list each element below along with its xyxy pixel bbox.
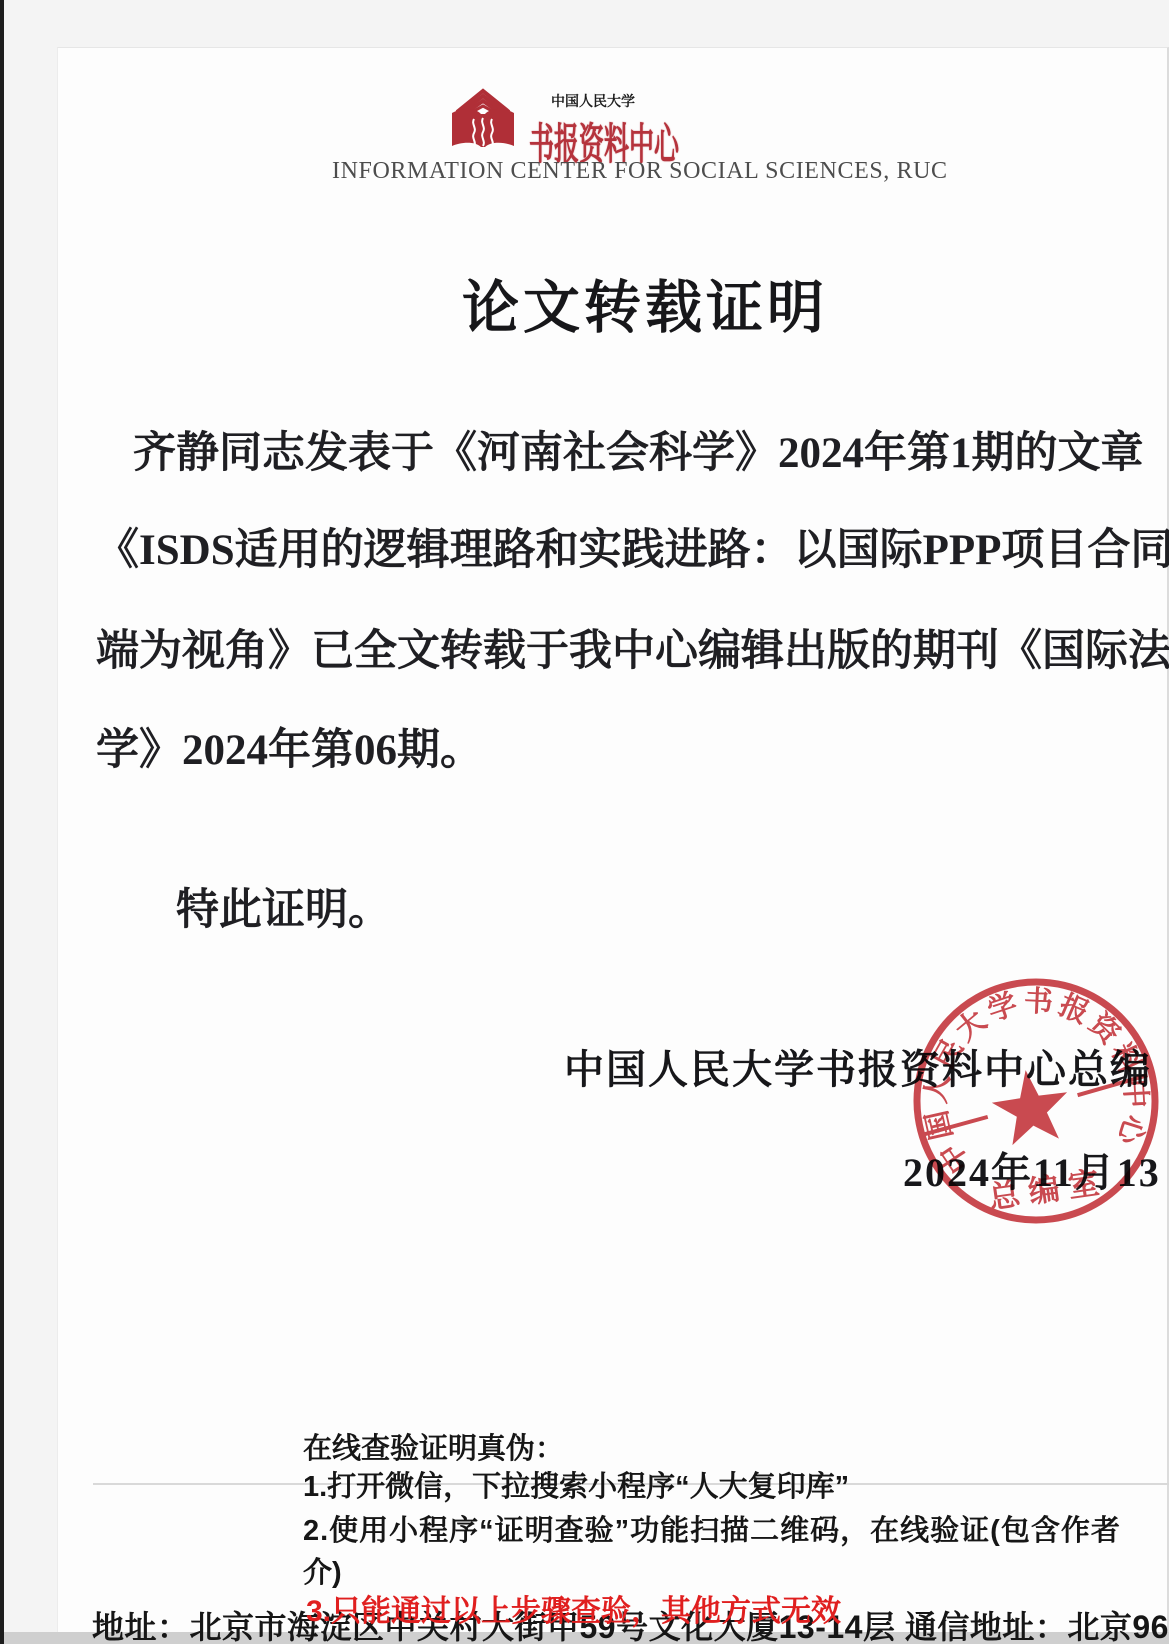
- org-name-en: INFORMATION CENTER FOR SOCIAL SCIENCES, …: [332, 158, 948, 185]
- svg-text:中国人民大学书报资料中心: 中国人民大学书报资料中心: [904, 969, 1161, 1182]
- body-line-1: 齐静同志发表于《河南社会科学》2024年第1期的文章: [133, 419, 1144, 480]
- scanned-certificate-screenshot: 中国人民大学 书报资料中心 INFORMATION CENTER FOR SOC…: [0, 0, 1169, 1644]
- body-line-2: 《ISDS适用的逻辑理路和实践进路：以国际PPP项目合同争: [96, 516, 1169, 577]
- verify-step-1: 1.打开微信，下拉搜索小程序“人大复印库”: [303, 1464, 849, 1505]
- body-line-4: 学》2024年第06期。: [96, 716, 483, 777]
- seal-ring-text: 中国人民大学书报资料中心: [904, 969, 1161, 1182]
- official-seal-stamp: 中国人民大学书报资料中心 总编室: [886, 951, 1169, 1251]
- verify-title: 在线查验证明真伪：: [303, 1426, 564, 1467]
- verify-step-3-warning: 3.只能通过以上步骤查验，其他方式无效: [306, 1586, 841, 1630]
- book-logo-icon: [448, 85, 518, 151]
- closing-line: 特此证明。: [176, 876, 391, 937]
- seal-star-icon: [988, 1065, 1073, 1147]
- org-name-cn: 中国人民大学: [551, 91, 635, 111]
- verify-step-2-continued: 介): [303, 1550, 342, 1591]
- left-dark-edge: [0, 0, 4, 1644]
- verify-step-2: 2.使用小程序“证明查验”功能扫描二维码，在线验证(包含作者: [303, 1508, 1121, 1549]
- body-line-3: 端为视角》已全文转载于我中心编辑出版的期刊《国际法: [96, 617, 1169, 678]
- document-title: 论文转载证明: [462, 262, 828, 344]
